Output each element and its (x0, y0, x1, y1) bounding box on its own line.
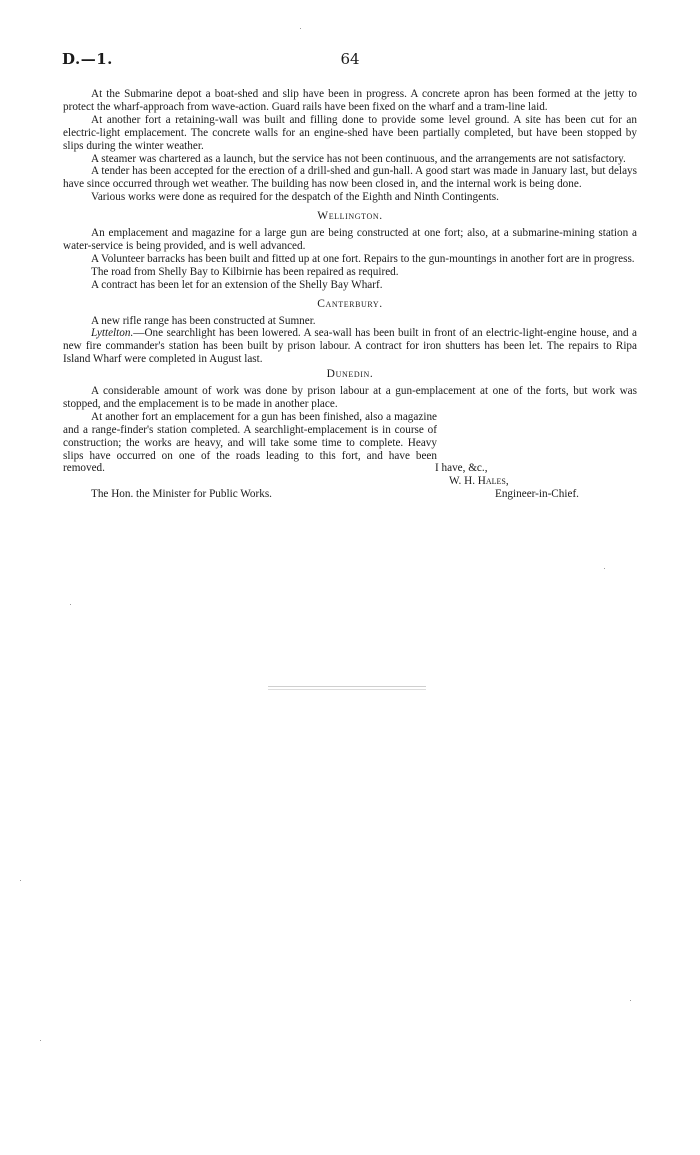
section-heading-dunedin: Dunedin. (63, 368, 637, 381)
paragraph: At another fort an emplacement for a gun… (63, 411, 637, 476)
scan-speck (604, 568, 605, 569)
paragraph: The road from Shelly Bay to Kilbirnie ha… (63, 266, 637, 279)
paragraph: A new rifle range has been constructed a… (63, 315, 637, 328)
paragraph: Various works were done as required for … (63, 191, 637, 204)
page-number: 64 (62, 50, 638, 68)
paragraph: A tender has been accepted for the erect… (63, 165, 637, 191)
paragraph: A considerable amount of work was done b… (63, 385, 637, 411)
paragraph: A steamer was chartered as a launch, but… (63, 153, 637, 166)
paragraph: A Volunteer barracks has been built and … (63, 253, 637, 266)
lyttelton-label: Lyttelton. (91, 327, 133, 339)
document-body: At the Submarine depot a boat-shed and s… (63, 88, 637, 515)
scan-speck (40, 1040, 41, 1041)
paragraph: An emplacement and magazine for a large … (63, 227, 637, 253)
scan-speck (300, 28, 301, 29)
paragraph-text: At another fort an emplacement for a gun… (63, 411, 437, 475)
lyttelton-text: —One searchlight has been lowered. A sea… (63, 327, 637, 365)
paragraph: At another fort a retaining-wall was bui… (63, 114, 637, 153)
section-heading-canterbury: Canterbury. (63, 298, 637, 311)
paragraph: A contract has been let for an extension… (63, 279, 637, 292)
page-header: D.—1. 64 (62, 50, 638, 72)
scan-speck (20, 880, 21, 881)
signatory-name: W. H. Hales, (449, 475, 509, 488)
signatory-title: Engineer-in-Chief. (495, 488, 579, 501)
letter-closing: I have, &c., W. H. Hales, The Hon. the M… (63, 475, 637, 515)
section-heading-wellington: Wellington. (63, 210, 637, 223)
end-rule-secondary (268, 689, 426, 690)
addressee: The Hon. the Minister for Public Works. (91, 488, 272, 501)
paragraph: At the Submarine depot a boat-shed and s… (63, 88, 637, 114)
scan-speck (630, 1000, 631, 1001)
scan-speck (70, 604, 71, 605)
end-rule (268, 686, 426, 687)
salutation: I have, &c., (435, 462, 488, 475)
paragraph-lyttelton: Lyttelton.—One searchlight has been lowe… (63, 327, 637, 366)
